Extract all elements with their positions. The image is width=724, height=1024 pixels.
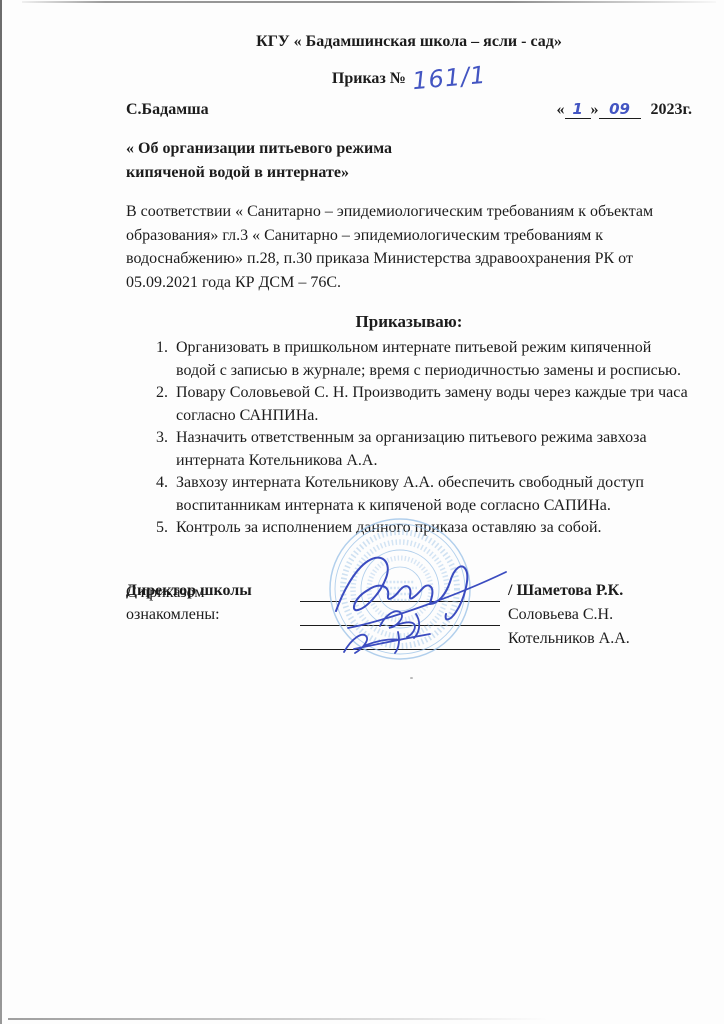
date-day-handwritten: 1 (572, 100, 582, 118)
order-item: Контроль за исполнением данного приказа … (172, 517, 692, 540)
signature-line (350, 600, 500, 602)
order-subject: « Об организации питьевого режима кипяче… (126, 137, 692, 185)
organization-name: КГУ « Бадамшинская школа – ясли - сад» (126, 30, 692, 53)
document-body: КГУ « Бадамшинская школа – ясли - сад» П… (126, 30, 692, 540)
acknowledged-signature-lines (300, 648, 500, 650)
order-subject-line2: кипяченой водой в интернате» (126, 161, 692, 185)
acknowledged-label: С приказом ознакомлены: (126, 582, 300, 626)
scan-top-edge (22, 1, 716, 3)
place-name: С.Бадамша (126, 98, 209, 121)
date-month-handwritten: 09 (609, 100, 630, 118)
order-preamble: В соответствии « Санитарно – эпидемиолог… (126, 200, 692, 294)
order-item: Повару Соловьевой С. Н. Производить заме… (172, 382, 692, 427)
signature-line (300, 624, 500, 626)
signature-line (300, 648, 500, 650)
signature-row-acknowledged-1: С приказом ознакомлены: Соловьева С.Н. (126, 602, 692, 626)
acknowledged-name-1: Соловьева С.Н. (508, 604, 613, 626)
order-items-list: Организовать в пришкольном интернате пит… (126, 337, 692, 540)
date-month-blank: 09 (599, 101, 641, 119)
director-signature-lines (300, 600, 500, 602)
scan-left-edge (0, 0, 2, 1024)
signature-block: Директор школы / Шаметова Р.К. С приказо… (126, 578, 692, 650)
date-group: « 1 » 09 2023г. (557, 98, 692, 121)
scan-speck (410, 677, 413, 679)
date-open-quote: « (557, 98, 565, 121)
resolution-heading: Приказываю: (126, 310, 692, 333)
signature-line (300, 600, 340, 602)
acknowledged-signature-lines (300, 624, 500, 626)
order-subject-line1: « Об организации питьевого режима (126, 137, 692, 161)
acknowledged-name-2: Котельников А.А. (508, 628, 630, 650)
scan-bottom-shadow (8, 1018, 548, 1020)
scanned-order-document: КГУ « Бадамшинская школа – ясли - сад» П… (0, 0, 724, 1024)
order-number-handwritten: 161/1 (411, 63, 487, 93)
order-number-label: Приказ № (332, 67, 406, 90)
order-item: Завхозу интерната Котельникову А.А. обес… (172, 472, 692, 517)
order-item: Назначить ответственным за организацию п… (172, 427, 692, 472)
order-item: Организовать в пришкольном интернате пит… (172, 337, 692, 382)
date-year: 2023г. (651, 98, 692, 121)
place-date-row: С.Бадамша « 1 » 09 2023г. (126, 98, 692, 121)
date-day-blank: 1 (565, 101, 591, 119)
order-number-row: Приказ № 161/1 (126, 63, 692, 90)
director-name: / Шаметова Р.К. (508, 580, 623, 602)
signature-row-acknowledged-2: Котельников А.А. (126, 626, 692, 650)
date-close-quote: » (591, 98, 599, 121)
